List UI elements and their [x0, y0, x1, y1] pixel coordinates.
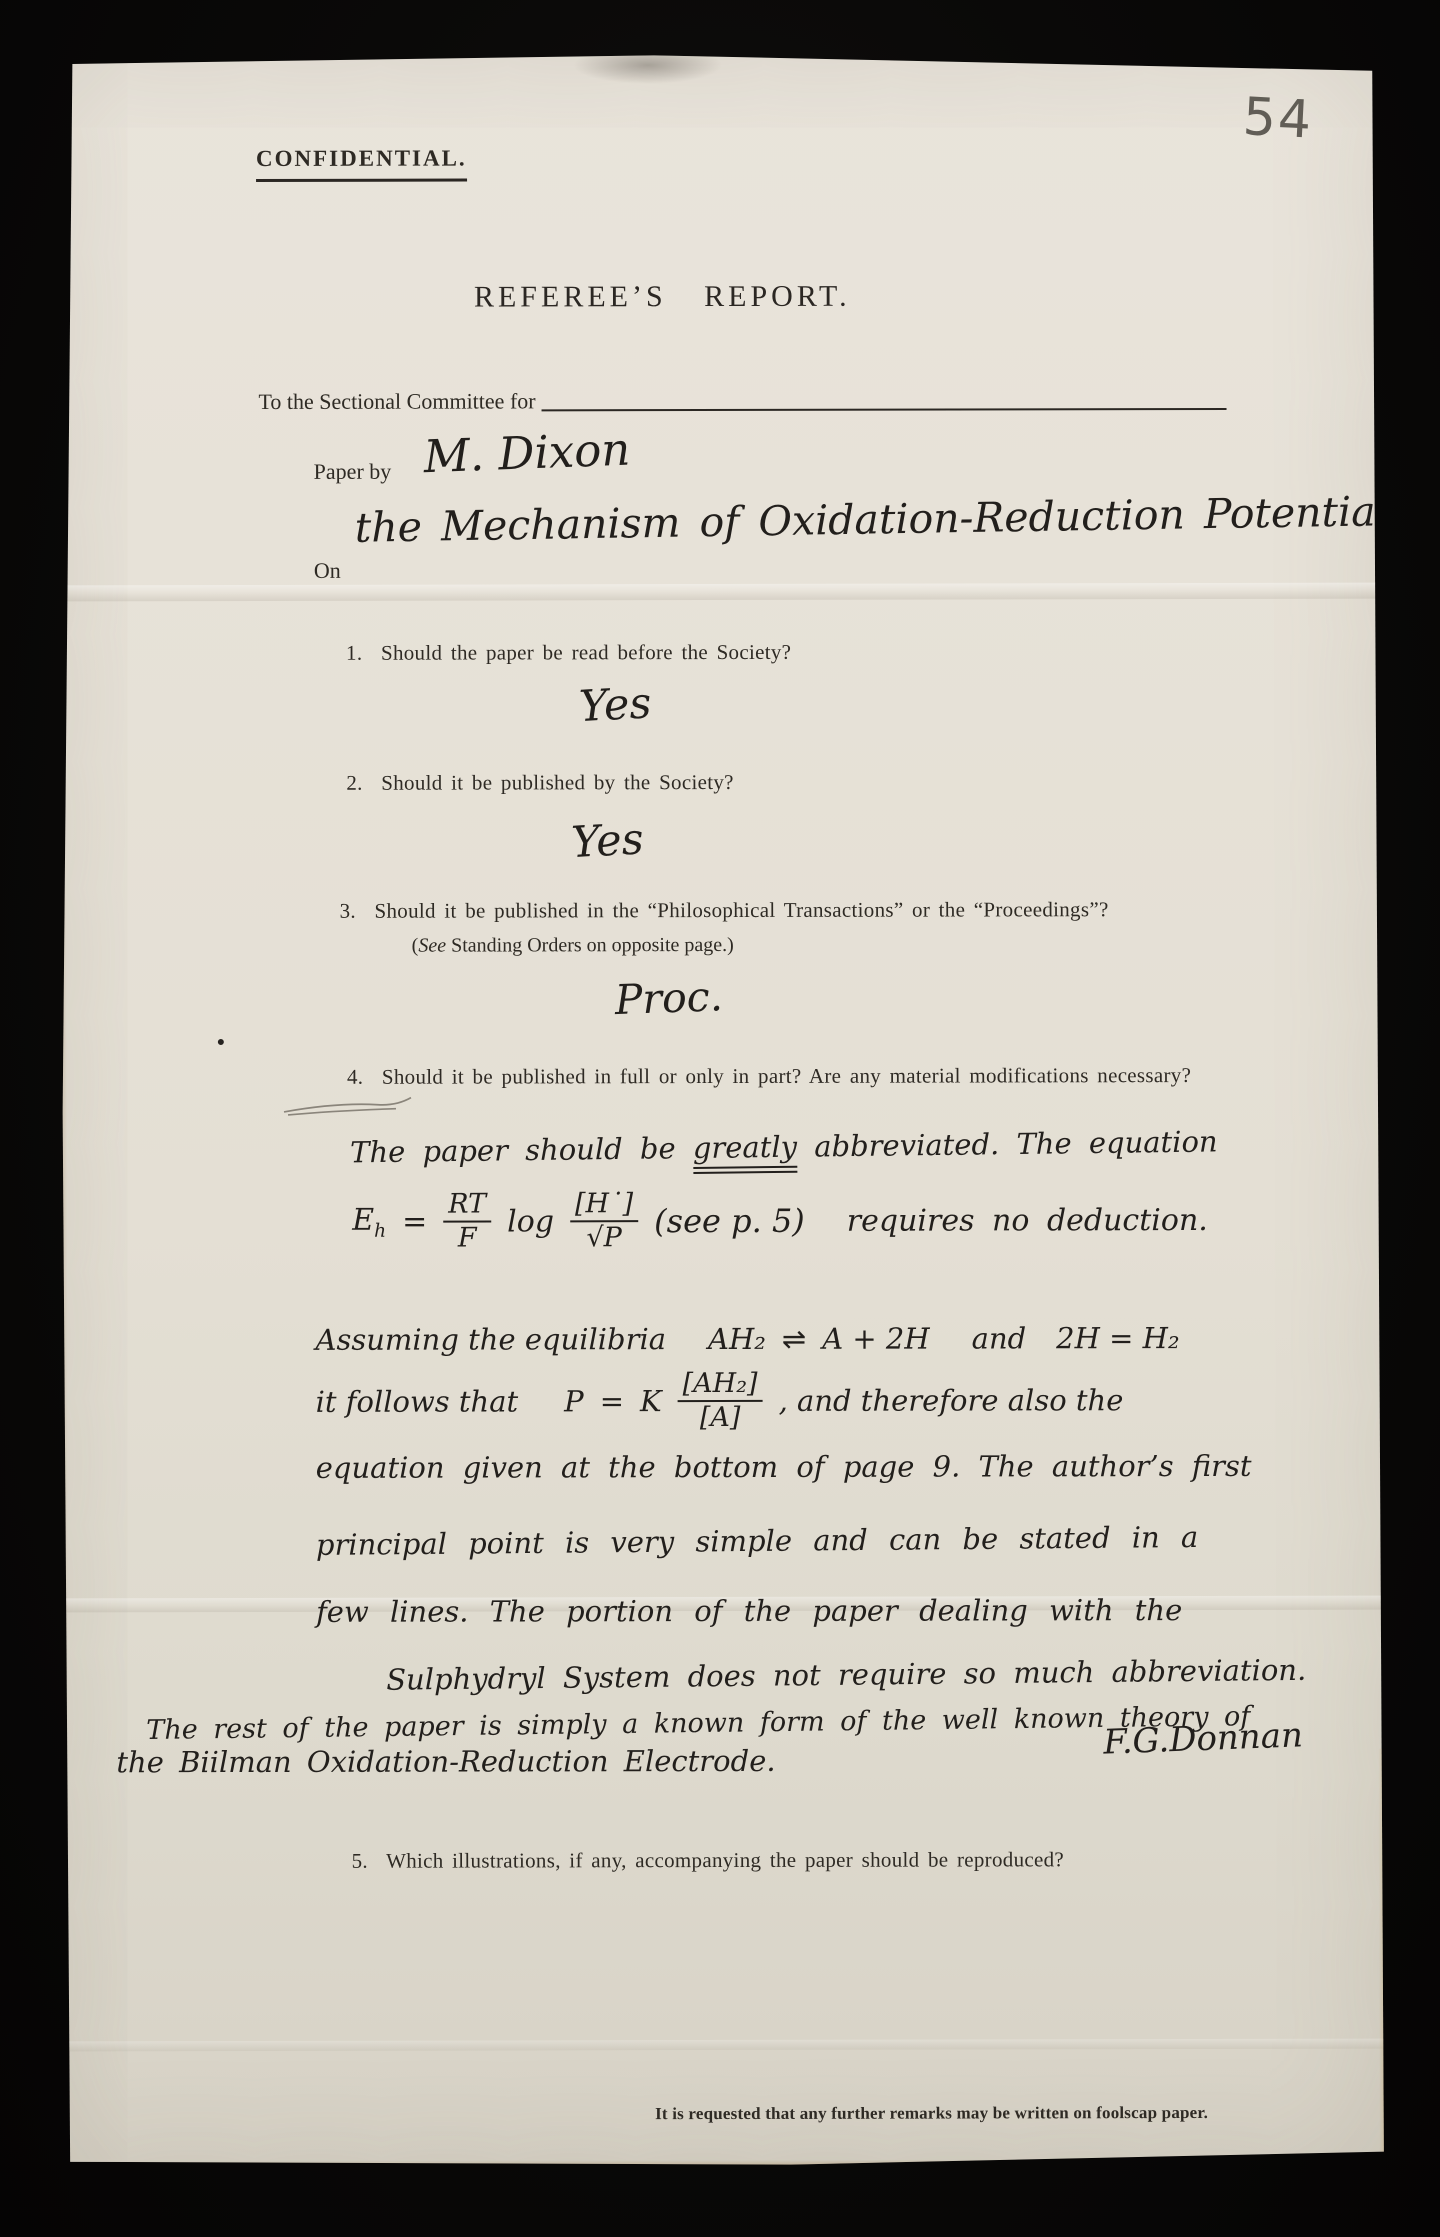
question-5-number: 5. — [352, 1849, 368, 1873]
ink-spot — [218, 1039, 224, 1045]
referee-signature-handwritten: F.G.Donnan — [1103, 1715, 1304, 1762]
question-5: 5. Which illustrations, if any, accompan… — [352, 1847, 1065, 1873]
question-4: 4. Should it be published in full or onl… — [347, 1063, 1191, 1090]
question-2-text: Should it be published by the Society? — [381, 770, 734, 795]
line-4-post: , and therefore also the — [779, 1384, 1124, 1419]
answer-2-handwritten: Yes — [570, 814, 645, 868]
paper-author-handwritten: M. Dixon — [423, 423, 631, 484]
committee-blank-rule — [542, 407, 1227, 411]
answer-4-line-1-post: abbreviated. The equation — [797, 1124, 1218, 1163]
paper-edge-browning-left — [58, 53, 69, 2171]
paper-sheet: 54 CONFIDENTIAL. REFEREE’S REPORT. To th… — [58, 51, 1387, 2172]
answer-4-equation-1: Eh = RT F log [H˙] √P (see p. 5) require… — [352, 1189, 1208, 1253]
answer-4-line-7: few lines. The portion of the paper deal… — [316, 1593, 1182, 1629]
equation-equals: = — [402, 1204, 427, 1239]
paper-by-label: Paper by — [314, 459, 392, 485]
question-4-text: Should it be published in full or only i… — [382, 1063, 1191, 1089]
question-4-number: 4. — [347, 1065, 363, 1089]
equation-see-note: (see p. 5) — [654, 1202, 805, 1240]
line-4-pre: it follows that — [316, 1385, 519, 1419]
fraction-rt-f: RT F — [443, 1190, 491, 1253]
answer-4-line-5: equation given at the bottom of page 9. … — [316, 1449, 1252, 1485]
paper-title-handwritten: the Mechanism of Oxidation-Reduction Pot… — [354, 488, 1365, 552]
question-1-number: 1. — [346, 641, 362, 665]
answer-4-line-10: the Biilman Oxidation-Reduction Electrod… — [116, 1744, 775, 1779]
equation-tail-text: requires no deduction. — [847, 1203, 1208, 1239]
question-2-number: 2. — [346, 771, 362, 795]
answer-4-line-1-underlined: greatly — [693, 1130, 798, 1174]
equilibrium-rhs: A + 2H — [822, 1322, 929, 1356]
fold-crease-upper — [59, 583, 1384, 602]
answer-4-line-3: Assuming the equilibria AH₂ ⇌ A + 2H and… — [315, 1321, 1179, 1357]
equation-p: P — [564, 1385, 584, 1419]
question-3-note-rest: Standing Orders on opposite page.) — [446, 934, 734, 957]
paper-edge-browning-right — [1378, 1749, 1387, 2169]
equation-log: log — [507, 1204, 554, 1239]
question-5-text: Which illustrations, if any, accompanyin… — [386, 1847, 1064, 1872]
on-label: On — [314, 558, 341, 584]
folio-number: 54 — [1241, 87, 1314, 150]
page-background: { "header": { "folio": "54", "confidenti… — [0, 0, 1440, 2237]
answer-4-line-8: Sulphydryl System does not require so mu… — [386, 1653, 1306, 1697]
equilibrium-arrows-icon: ⇌ — [782, 1322, 806, 1356]
committee-label: To the Sectional Committee for — [258, 388, 535, 415]
pencil-scribble — [278, 1093, 418, 1121]
committee-line: To the Sectional Committee for — [258, 387, 1226, 415]
paper-edge-browning-bottom — [62, 2159, 1387, 2172]
report-title: REFEREE’S REPORT. — [326, 279, 998, 314]
question-2: 2. Should it be published by the Society… — [346, 770, 734, 796]
fraction-ah2-a: [AH₂] [A] — [678, 1370, 763, 1433]
question-3-number: 3. — [340, 899, 356, 923]
question-3-note-see: See — [418, 935, 446, 957]
answer-4-line-1: The paper should be greatly abbreviated.… — [350, 1124, 1218, 1169]
answer-4-line-1-pre: The paper should be — [350, 1131, 693, 1169]
question-3: 3. Should it be published in the “Philos… — [340, 897, 1109, 924]
fold-crease-bottom — [62, 2039, 1387, 2052]
confidential-stamp: CONFIDENTIAL. — [256, 146, 467, 182]
answer-4-line-6: principal point is very simple and can b… — [316, 1520, 1199, 1562]
question-1-text: Should the paper be read before the Soci… — [381, 640, 791, 665]
line-3-and: and — [972, 1321, 1027, 1355]
question-3-note: (See Standing Orders on opposite page.) — [412, 934, 734, 958]
equation-k: K — [640, 1384, 662, 1418]
equilibrium-lhs: AH₂ — [708, 1322, 766, 1356]
fraction-h-sqrtp: [H˙] √P — [570, 1190, 638, 1253]
answer-1-handwritten: Yes — [578, 678, 653, 732]
footer-note: It is requested that any further remarks… — [655, 2103, 1208, 2124]
equation-p-equals: = — [600, 1385, 624, 1419]
question-1: 1. Should the paper be read before the S… — [346, 640, 791, 666]
equilibrium-second: 2H = H₂ — [1056, 1321, 1179, 1355]
paper-smudge — [573, 46, 723, 84]
question-3-text: Should it be published in the “Philosoph… — [374, 897, 1108, 923]
line-3-pre: Assuming the equilibria — [315, 1322, 666, 1357]
answer-4-line-4: it follows that P = K [AH₂] [A] , and th… — [316, 1369, 1124, 1433]
equation-eh: Eh — [352, 1203, 386, 1242]
answer-4-line-9: The rest of the paper is simply a known … — [146, 1701, 1250, 1746]
answer-3-handwritten: Proc. — [614, 972, 724, 1024]
